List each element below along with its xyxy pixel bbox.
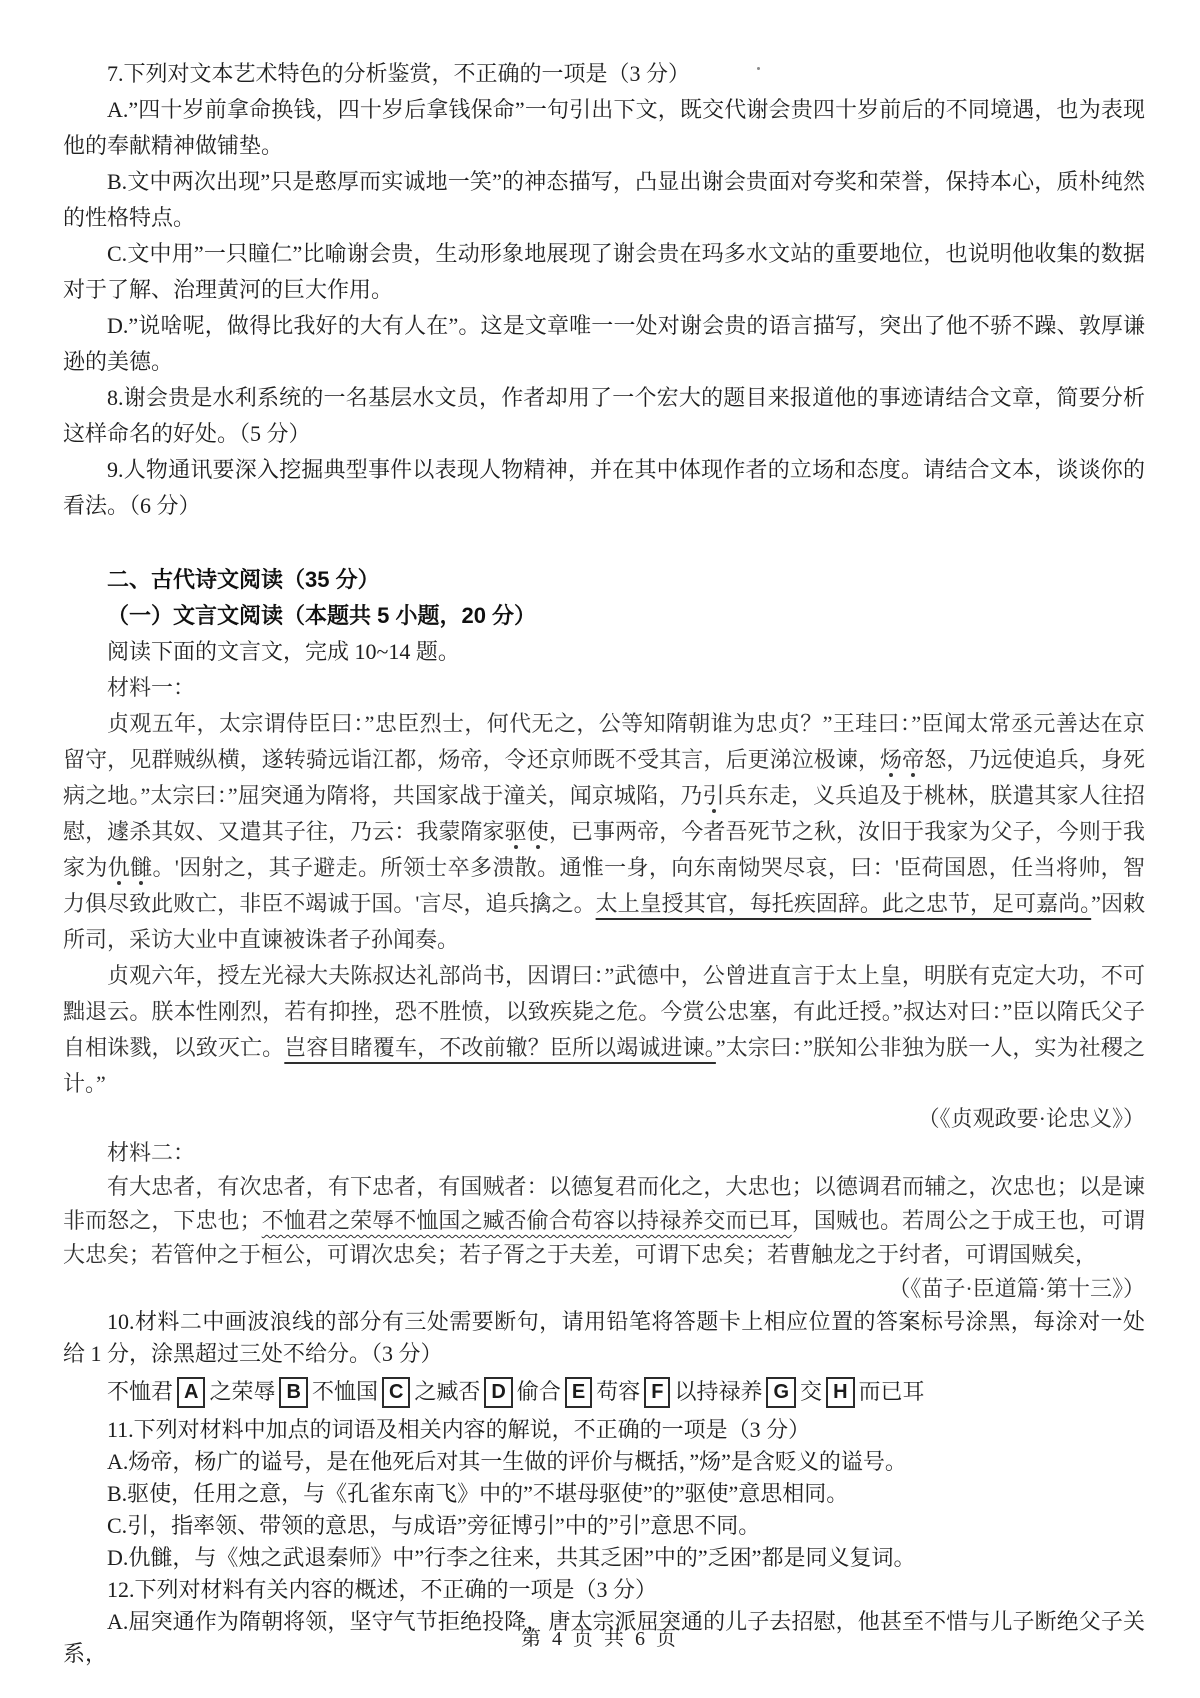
question-7-stem: 7.下列对文本艺术特色的分析鉴赏，不正确的一项是（3 分） (63, 56, 1145, 92)
classical-reading-section: 二、古代诗文阅读（35 分） （一）文言文阅读（本题共 5 小题，20 分） 阅… (63, 562, 1145, 1306)
section-two-heading: 二、古代诗文阅读（35 分） (63, 562, 1145, 598)
question-11-option-d: D.仇雠，与《烛之武退秦师》中”行李之往来，共其乏困”中的”乏困”都是同义复词。 (63, 1542, 1145, 1574)
material-1-paragraph-2: 贞观六年，授左光禄大夫陈叔达礼部尚书，因谓曰：”武德中，公曾进直言于太上皇，明朕… (63, 958, 1145, 1102)
question-12-stem: 12.下列对材料有关内容的概述，不正确的一项是（3 分） (63, 1574, 1145, 1606)
exam-page: 7.下列对文本艺术特色的分析鉴赏，不正确的一项是（3 分） A.”四十岁前拿命换… (0, 0, 1200, 1698)
question-11-option-a: A.炀帝，杨广的谥号，是在他死后对其一生做的评价与概括，”炀”是含贬义的谥号。 (63, 1446, 1145, 1478)
question-11-option-b: B.驱使，任用之意，与《孔雀东南飞》中的”不堪母驱使”的”驱使”意思相同。 (63, 1478, 1145, 1510)
question-8: 8.谢会贵是水利系统的一名基层水文员，作者却用了一个宏大的题目来报道他的事迹请结… (63, 380, 1145, 452)
modern-text-questions: 7.下列对文本艺术特色的分析鉴赏，不正确的一项是（3 分） A.”四十岁前拿命换… (63, 56, 1145, 524)
question-7-option-c: C.文中用”一只瞳仁”比喻谢会贵，生动形象地展现了谢会贵在玛多水文站的重要地位，… (63, 236, 1145, 308)
page-content: 7.下列对文本艺术特色的分析鉴赏，不正确的一项是（3 分） A.”四十岁前拿命换… (63, 56, 1145, 1670)
material-2-label: 材料二： (63, 1136, 1145, 1170)
page-number: 第 4 页 共 6 页 (0, 1622, 1200, 1651)
question-10-stem: 10.材料二中画波浪线的部分有三处需要断句，请用铅笔将答题卡上相应位置的答案标号… (63, 1306, 1145, 1370)
subsection-one-heading: （一）文言文阅读（本题共 5 小题，20 分） (63, 598, 1145, 634)
material-1-paragraph-1: 贞观五年，太宗谓侍臣曰：”忠臣烈士，何代无之，公等知隋朝谁为忠贞？”王珪曰：”臣… (63, 706, 1145, 958)
question-10-answer-line: 不恤君A之荣辱B不恤国C之臧否D偷合E苟容F以持禄养G交H而已耳 (63, 1370, 1145, 1414)
question-11-option-c: C.引，指率领、带领的意思，与成语”旁征博引”中的”引”意思不同。 (63, 1510, 1145, 1542)
material-2-source: （《苗子·臣道篇·第十三》） (63, 1272, 1145, 1306)
question-7-option-a: A.”四十岁前拿命换钱，四十岁后拿钱保命”一句引出下文，既交代谢会贵四十岁前后的… (63, 92, 1145, 164)
classical-questions: 10.材料二中画波浪线的部分有三处需要断句，请用铅笔将答题卡上相应位置的答案标号… (63, 1306, 1145, 1670)
material-2-paragraph: 有大忠者，有次忠者，有下忠者，有国贼者：以德复君而化之，大忠也；以德调君而辅之，… (63, 1170, 1145, 1272)
material-1-source: （《贞观政要·论忠义》） (63, 1102, 1145, 1136)
question-7-option-b: B.文中两次出现”只是憨厚而实诚地一笑”的神态描写，凸显出谢会贵面对夸奖和荣誉，… (63, 164, 1145, 236)
question-11-stem: 11.下列对材料中加点的词语及相关内容的解说，不正确的一项是（3 分） (63, 1414, 1145, 1446)
passage-instruction: 阅读下面的文言文，完成 10~14 题。 (63, 634, 1145, 670)
question-9: 9.人物通讯要深入挖掘典型事件以表现人物精神，并在其中体现作者的立场和态度。请结… (63, 452, 1145, 524)
question-7-option-d: D.”说啥呢，做得比我好的大有人在”。这是文章唯一一处对谢会贵的语言描写，突出了… (63, 308, 1145, 380)
material-1-label: 材料一： (63, 670, 1145, 706)
section-spacer (63, 524, 1145, 562)
